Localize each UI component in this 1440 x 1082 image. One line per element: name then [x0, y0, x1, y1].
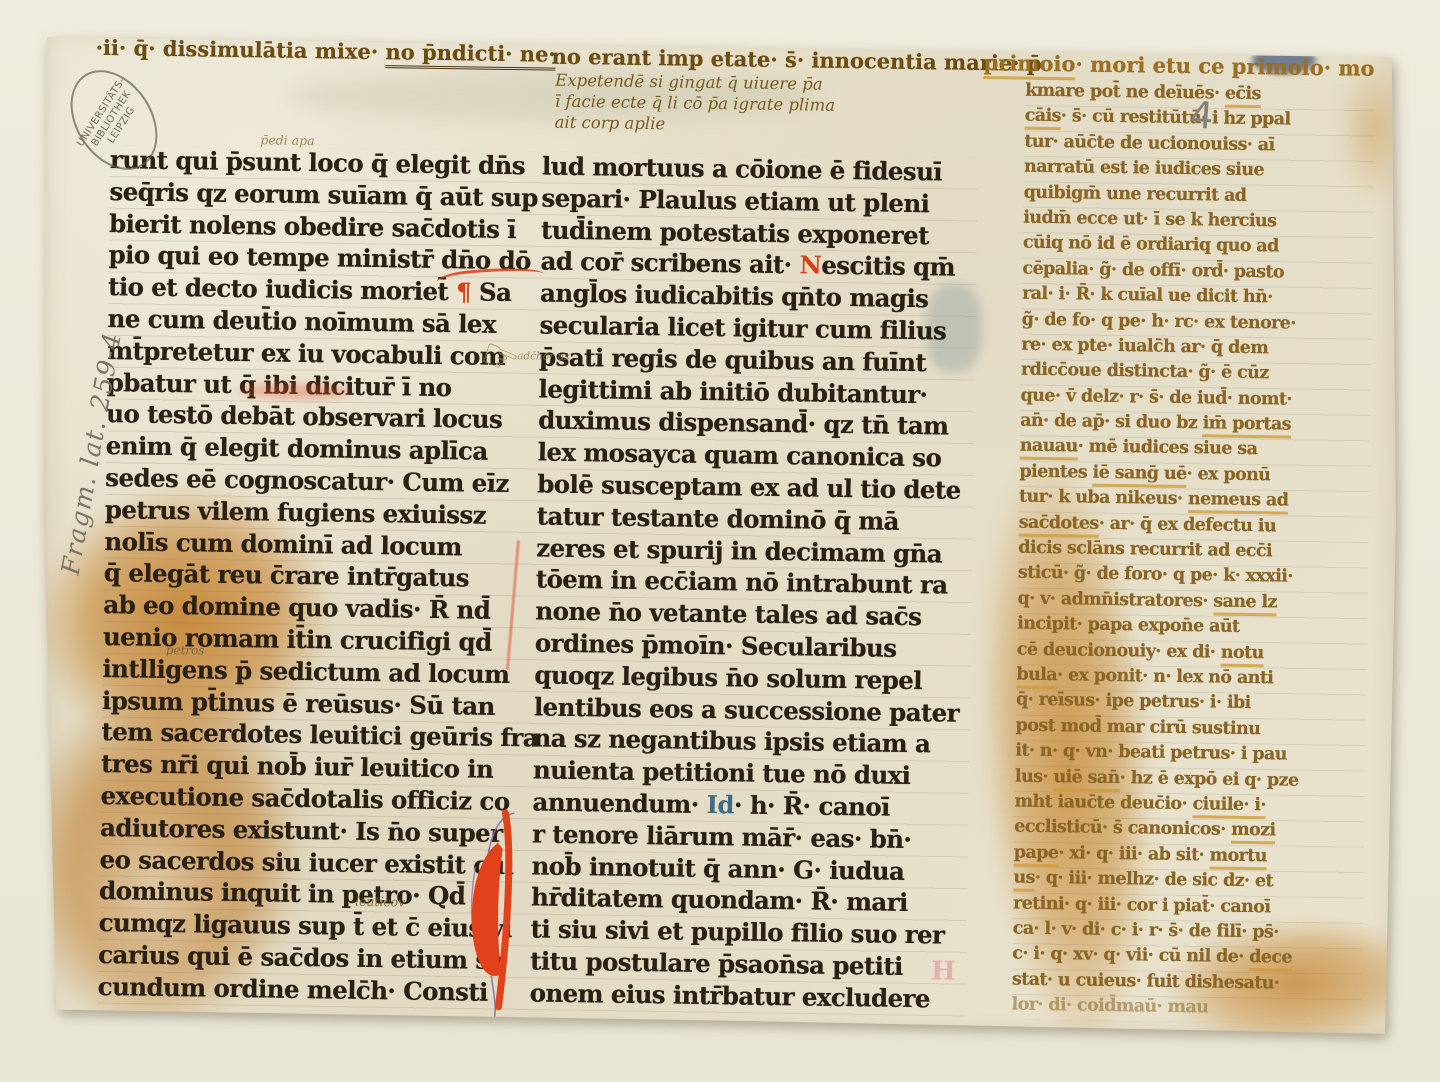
text-line: onem eius intr̄batur excludere: [529, 978, 965, 1016]
manuscript-fragment: ·ii· q̄· dissimulātia mixe· no p̄ndicti·…: [40, 26, 1400, 1040]
highlight-underlined-text: iē sanḡ uē: [1092, 463, 1186, 488]
highlight-underlined-text: us: [1013, 868, 1035, 892]
text-column-3: kmare pot̄ ne deīuēs· ec̄iscāis· s̄· cū …: [1011, 81, 1375, 1026]
blue-ink-text: Id: [706, 790, 734, 819]
cursive-marginal-note: Expetendē si gingat q̄ uiuere p̄a ī faci…: [554, 70, 835, 137]
highlight-underlined-text: ec̄is: [1225, 84, 1261, 109]
red-ink-text: N: [799, 251, 821, 280]
highlight-underlined-text: sac̄dotes: [1019, 512, 1099, 537]
highlight-underlined-text: notu: [1221, 642, 1264, 667]
parchment-sheet: ·ii· q̄· dissimulātia mixe· no p̄ndicti·…: [40, 26, 1400, 1040]
text-column-2: lud mortuus a cōione ē fidesuīsepari· Pl…: [529, 151, 978, 1016]
running-header-right: primoio· mori etu ce primoio· mo: [983, 50, 1374, 81]
highlight-underlined-text: mortu: [1209, 845, 1267, 870]
text-line: lor· di· coid̄maū· mau: [1011, 995, 1361, 1026]
highlight-underlined-text: sane lz: [1213, 591, 1277, 616]
dark-underlined-text: no p̄ndicti· ne·: [385, 39, 556, 71]
highlight-underlined-text: nemeus ad: [1188, 489, 1289, 514]
folio-number: 4: [1189, 93, 1215, 138]
library-stamp: UNIVERSITÄTS- BIBLIOTHEK LEIPZIG: [58, 56, 178, 184]
highlight-underlined-text: uiē san̄: [1053, 767, 1120, 792]
interlinear-gloss: leuticov: [355, 894, 405, 910]
interlinear-gloss: petros: [166, 643, 205, 658]
red-initial-drawing: [465, 804, 530, 1029]
highlight-underlined-text: bula: [1016, 665, 1057, 690]
highlight-underlined-text: pape: [1014, 842, 1059, 867]
highlight-underlined-text: mozi: [1231, 820, 1276, 845]
highlight-underlined-text: cāis: [1025, 106, 1061, 131]
written-content: ·ii· q̄· dissimulātia mixe· no p̄ndicti·…: [25, 26, 1400, 1060]
highlight-underlined-text: im̄ portas: [1202, 413, 1291, 438]
faded-pink-letter: H: [931, 956, 956, 986]
highlight-underlined-text: ciuile· i·: [1192, 794, 1266, 819]
highlight-underlined-text: nauau: [1020, 436, 1078, 461]
interlinear-gloss: adc̄hor us: [517, 350, 570, 363]
highlight-underlined-text: dece: [1249, 947, 1292, 972]
stamp-text: UNIVERSITÄTS- BIBLIOTHEK LEIPZIG: [48, 54, 176, 184]
interlinear-gloss: p̄edi apa: [260, 132, 314, 148]
note-line: ait corp aplie: [554, 112, 834, 137]
highlight-underlined-text: primoio: [983, 50, 1075, 80]
red-decorated-initial: [465, 804, 530, 1029]
